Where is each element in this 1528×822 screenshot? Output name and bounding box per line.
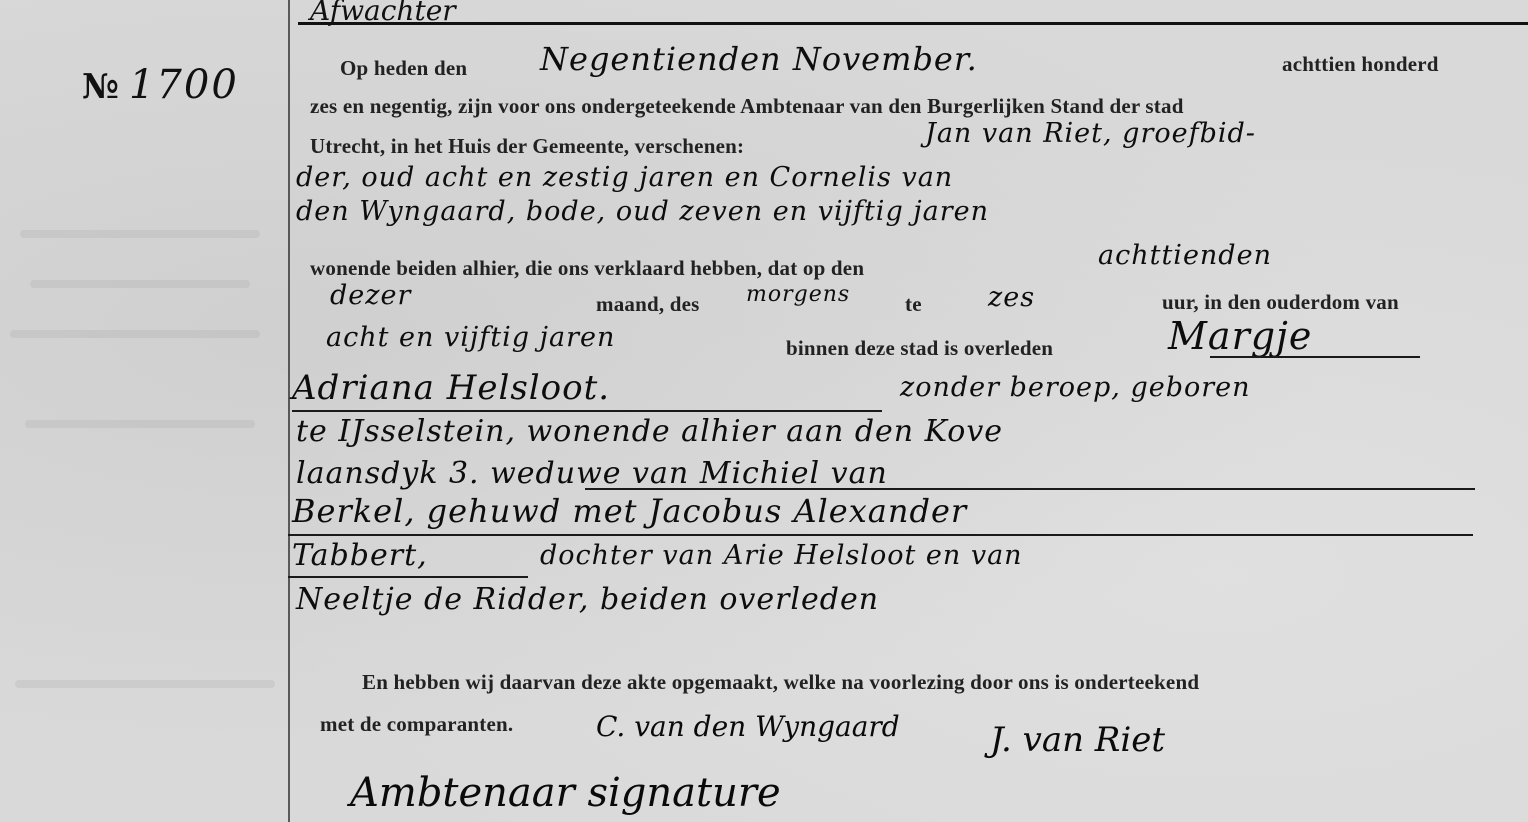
printed-text: Utrecht, in het Huis der Gemeente, versc… <box>310 134 744 159</box>
underline <box>1210 356 1420 358</box>
handwritten-witness-2: den Wyngaard, bode, oud zeven en vijftig… <box>296 196 989 227</box>
underline <box>585 488 1475 490</box>
number-sign: № <box>82 67 121 107</box>
signature-witness-1: J. van Riet <box>990 720 1165 760</box>
handwritten-hour: zes <box>988 282 1035 313</box>
column-rule <box>288 0 290 822</box>
handwritten-time-of-day: morgens <box>746 282 850 307</box>
handwritten-text: dezer <box>330 280 411 311</box>
underline <box>292 410 882 412</box>
underline <box>288 534 1473 536</box>
bleed-through-text <box>25 420 255 428</box>
handwritten-spouses: Berkel, gehuwd met Jacobus Alexander <box>292 492 967 530</box>
printed-text: te <box>905 292 922 317</box>
bleed-through-text <box>10 330 260 338</box>
handwritten-witness-1: Jan van Riet, groefbid- <box>925 118 1256 149</box>
document-page: №1700 Afwachter Op heden den Negentiende… <box>0 0 1528 822</box>
printed-text: wonende beiden alhier, die ons verklaard… <box>310 256 864 281</box>
handwritten-age: acht en vijftig jaren <box>326 322 615 353</box>
bleed-through-text <box>15 680 275 688</box>
akte-number: №1700 <box>82 62 239 108</box>
underline <box>288 576 528 578</box>
printed-text: Op heden den <box>340 56 467 81</box>
handwritten-parents: Neeltje de Ridder, beiden overleden <box>296 582 879 617</box>
handwritten-date: Negentienden November. <box>540 40 978 78</box>
handwritten-text: laansdyk 3. weduwe van Michiel van <box>296 456 888 491</box>
handwritten-deceased-name: Margje <box>1168 314 1312 358</box>
akte-number-value: 1700 <box>129 62 239 108</box>
handwritten-parents: dochter van Arie Helsloot en van <box>540 540 1023 571</box>
bleed-through-text <box>20 230 260 238</box>
handwritten-text: zonder beroep, geboren <box>900 372 1251 403</box>
signature-witness-2: C. van den Wyngaard <box>596 710 900 743</box>
handwritten-day: achttienden <box>1098 240 1272 271</box>
bleed-through-text <box>30 280 250 288</box>
handwritten-spouse-surname: Tabbert, <box>292 538 428 573</box>
signature-official: Ambtenaar signature <box>350 770 781 816</box>
printed-text: met de comparanten. <box>320 712 513 737</box>
handwritten-deceased-name: Adriana Helsloot. <box>292 368 610 408</box>
handwritten-text: der, oud acht en zestig jaren en Corneli… <box>296 162 953 193</box>
printed-text: En hebben wij daarvan deze akte opgemaak… <box>362 670 1199 695</box>
printed-text: maand, des <box>596 292 700 317</box>
printed-text: uur, in den ouderdom van <box>1162 290 1399 315</box>
printed-text: zes en negentig, zijn voor ons ondergete… <box>310 94 1184 119</box>
top-rule <box>298 22 1528 25</box>
printed-text: achttien honderd <box>1282 52 1439 77</box>
left-margin <box>0 0 285 822</box>
handwritten-text: te IJsselstein, wonende alhier aan den K… <box>296 414 1003 449</box>
printed-text: binnen deze stad is overleden <box>786 336 1053 361</box>
